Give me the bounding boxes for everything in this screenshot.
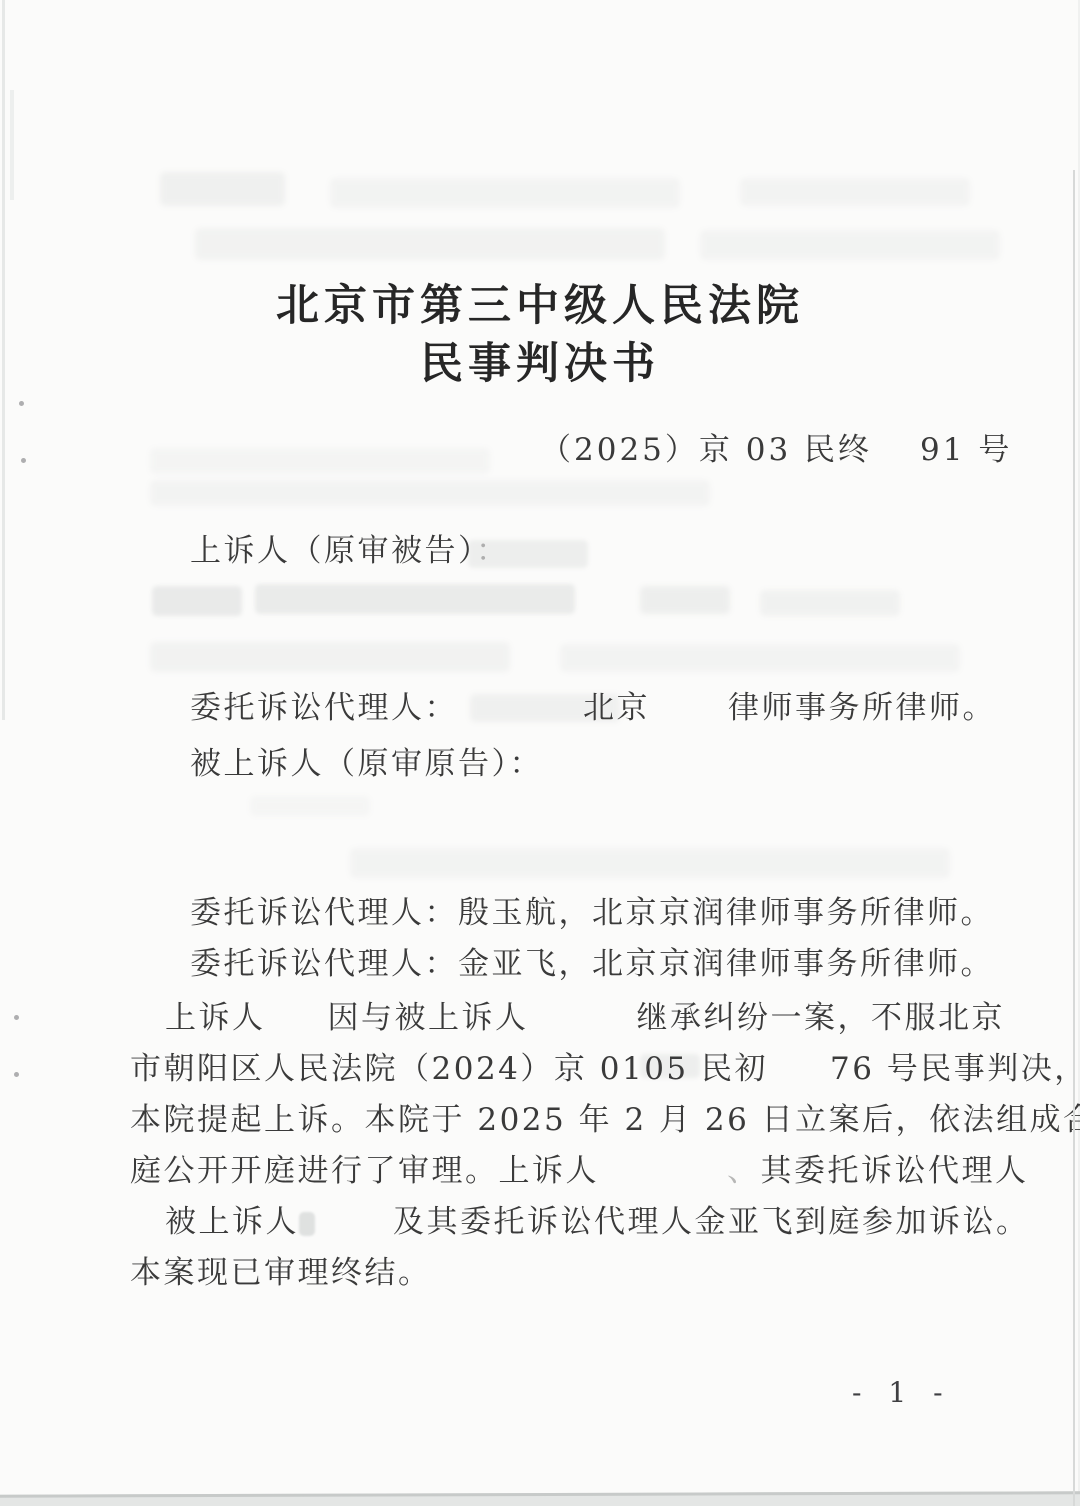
body-line-2: 市朝阳区人民法院（2024）京 0105 民初76 号民事判决，向 — [130, 1049, 1080, 1089]
bleed-through-smudge — [330, 178, 680, 208]
margin-speck — [14, 1015, 19, 1020]
redaction-gap — [872, 459, 920, 460]
appellee-agent-yin-line: 委托诉讼代理人：殷玉航，北京京润律师事务所律师。 — [190, 893, 994, 933]
case-number-suffix: 91 号 — [920, 432, 1012, 468]
bleed-through-smudge — [250, 796, 370, 816]
document-type: 民事判决书 — [0, 330, 1080, 391]
bleed-through-smudge — [700, 230, 1000, 260]
body-text: 其委托诉讼代理人 — [761, 1153, 1029, 1189]
faint-colon: ： — [476, 533, 510, 569]
scanned-page: 北京市第三中级人民法院 民事判决书 （2025）京 03 民终91 号 上诉人（… — [0, 0, 1078, 1496]
margin-speck — [21, 458, 26, 463]
body-text: 市朝阳区人民法院（2024）京 0105 民初 — [130, 1051, 768, 1087]
body-text: 被上诉人 — [165, 1204, 299, 1240]
bleed-through-smudge — [350, 848, 950, 878]
case-number: （2025）京 03 民终91 号 — [540, 430, 1012, 470]
redaction-gap — [529, 1027, 637, 1028]
body-text: 本案现已审理终结。 — [130, 1255, 432, 1291]
faint-punctuation: 、 — [727, 1153, 761, 1189]
bleed-through-smudge — [560, 644, 960, 672]
court-name: 北京市第三中级人民法院 — [0, 272, 1080, 333]
appellant-agent-line: 委托诉讼代理人：北京律师事务所律师。 — [190, 688, 996, 728]
case-number-prefix: （2025）京 03 民终 — [540, 432, 872, 468]
body-text: 庭公开开庭进行了审理。上诉人 — [130, 1153, 599, 1189]
body-line-4: 庭公开开庭进行了审理。上诉人、其委托诉讼代理人 — [130, 1151, 1029, 1191]
erased-text-trace — [152, 586, 242, 616]
bleed-through-smudge — [740, 178, 970, 206]
agent-jin-text: 委托诉讼代理人：金亚飞，北京京润律师事务所律师。 — [190, 946, 994, 982]
bleed-through-smudge — [150, 642, 510, 672]
redaction-gap — [650, 717, 728, 718]
body-text: 76 号民事判决，向 — [830, 1051, 1080, 1087]
erased-text-trace — [760, 590, 900, 616]
erased-text-trace — [640, 586, 730, 614]
page-edge-right — [1073, 170, 1075, 1506]
redaction-gap — [599, 1180, 727, 1181]
erased-text-trace — [255, 584, 575, 614]
redaction-gap — [458, 717, 583, 718]
redaction-gap — [315, 1231, 393, 1232]
appellee-line: 被上诉人（原审原告）： — [190, 744, 543, 784]
body-text: 及其委托诉讼代理人金亚飞到庭参加诉讼。 — [393, 1204, 1030, 1240]
erased-char-trace — [299, 1212, 315, 1236]
appellant-line: 上诉人（原审被告）： — [190, 531, 510, 571]
appellee-agent-jin-line: 委托诉讼代理人：金亚飞，北京京润律师事务所律师。 — [190, 944, 994, 984]
appellee-label: 被上诉人（原审原告）： — [190, 746, 543, 782]
body-line-5: 被上诉人及其委托诉讼代理人金亚飞到庭参加诉讼。 — [165, 1202, 1030, 1242]
redaction-gap — [768, 1078, 830, 1079]
body-text: 上诉人 — [165, 1000, 266, 1036]
agent-firm-city: 北京 — [583, 690, 650, 726]
page-edge-left-2 — [10, 90, 14, 200]
bleed-through-smudge — [150, 448, 490, 474]
body-text: 本院提起上诉。本院于 2025 年 2 月 26 日立案后，依法组成合议 — [130, 1102, 1080, 1138]
agent-label: 委托诉讼代理人： — [190, 690, 458, 726]
body-text: 继承纠纷一案，不服北京 — [637, 1000, 1006, 1036]
body-text: 因与被上诉人 — [328, 1000, 529, 1036]
bleed-through-smudge — [160, 172, 285, 206]
margin-speck — [19, 401, 24, 406]
body-line-6: 本案现已审理终结。 — [130, 1253, 432, 1293]
agent-yin-text: 委托诉讼代理人：殷玉航，北京京润律师事务所律师。 — [190, 895, 994, 931]
page-edge-bottom — [0, 1491, 1080, 1506]
appellant-label: 上诉人（原审被告） — [190, 533, 476, 569]
agent-firm-suffix: 律师事务所律师。 — [728, 690, 996, 726]
page-number: - 1 - — [852, 1376, 952, 1409]
body-line-1: 上诉人因与被上诉人继承纠纷一案，不服北京 — [165, 998, 1005, 1038]
bleed-through-smudge — [150, 480, 710, 506]
redaction-gap — [266, 1027, 328, 1028]
bleed-through-smudge — [195, 228, 665, 260]
margin-speck — [14, 1072, 19, 1077]
body-line-3: 本院提起上诉。本院于 2025 年 2 月 26 日立案后，依法组成合议 — [130, 1100, 1080, 1140]
